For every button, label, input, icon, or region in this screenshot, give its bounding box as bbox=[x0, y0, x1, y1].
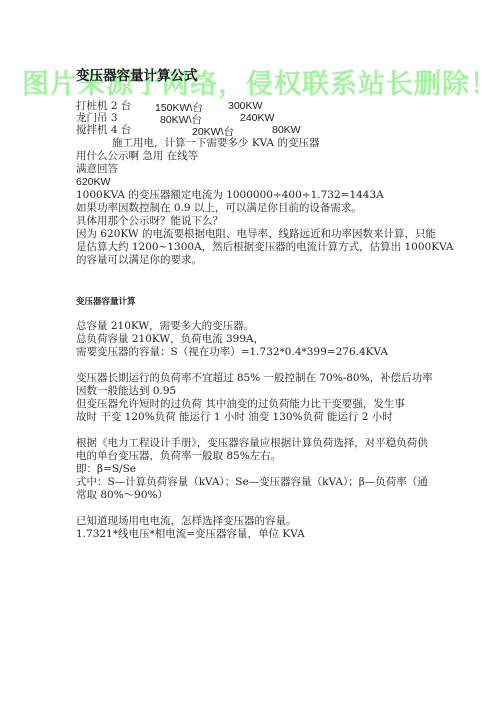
reply-line: 是估算大约 1200~1300A，然后根据变压器的电流计算方式，估算出 1000… bbox=[76, 241, 454, 253]
question-line: 施工用电，计算一下需要多少 KVA 的变压器 bbox=[112, 137, 319, 149]
equipment-name: 搅拌机 4 台 bbox=[76, 124, 131, 136]
paragraph-line: 总负荷容量 210KW，负荷电流 399A， bbox=[76, 333, 264, 345]
reply-line: 的容量可以满足你的要求。 bbox=[76, 254, 202, 266]
paragraph-line: 电的单台变压器，负荷率一般取 85%左右。 bbox=[76, 450, 281, 462]
section-title: 变压器容量计算 bbox=[76, 295, 136, 307]
answer-label: 满意回答 bbox=[76, 163, 118, 175]
question-line: 用什么公示啊 急用 在线等 bbox=[76, 150, 198, 162]
paragraph-line: 式中：S—计算负荷容量（kVA）；Se—变压器容量（kVA）；β—负荷率（通 bbox=[76, 476, 428, 488]
equipment-total: 240KW bbox=[240, 112, 274, 124]
answer-total: 620KW bbox=[76, 176, 110, 188]
equipment-name: 打桩机 2 台 bbox=[76, 100, 131, 112]
paragraph-line: 即：β=S/Se bbox=[76, 463, 136, 475]
paragraph-line: 因数一般能达到 0.95 bbox=[76, 385, 176, 397]
paragraph-line: 需要变压器的容量：S（视在功率）=1.732*0.4*399=276.4KVA bbox=[76, 346, 388, 358]
paragraph-line: 故时 干变 120%负荷 能运行 1 小时 油变 130%负荷 能运行 2 小时 bbox=[76, 411, 393, 423]
equipment-row: 搅拌机 4 台 bbox=[76, 124, 131, 136]
paragraph-line: 1.7321*线电压*相电流=变压器容量，单位 KVA bbox=[76, 528, 305, 540]
paragraph-line: 根据《电力工程设计手册》，变压器容量应根据计算负荷选择，对平稳负荷供 bbox=[76, 437, 428, 449]
equipment-total: 300KW bbox=[228, 100, 262, 112]
equipment-name: 龙门吊 3 bbox=[76, 112, 118, 124]
equipment-row: 打桩机 2 台 bbox=[76, 100, 131, 112]
paragraph-line: 常取 80%～90%） bbox=[76, 489, 168, 501]
reply-line: 因为 620KW 的电流要根据电阻、电导率、线路远近和功率因数来计算，只能 bbox=[76, 228, 436, 240]
followup-question: 具体用那个公示呀？能说下么？ bbox=[76, 215, 223, 227]
paragraph-line: 但变压器允许短时的过负荷 其中油变的过负荷能力比干变要强，发生事 bbox=[76, 398, 405, 410]
answer-line: 如果功率因数控制在 0.9 以上，可以满足你目前的设备需求。 bbox=[76, 202, 362, 214]
document-page: 图片来源于网络，侵权联系站长删除！ 变压器容量计算公式 打桩机 2 台 150K… bbox=[0, 0, 500, 708]
paragraph-line: 已知道现场用电电流，怎样选择变压器的容量。 bbox=[76, 515, 297, 527]
equipment-row: 龙门吊 3 bbox=[76, 112, 118, 124]
equipment-total: 80KW bbox=[272, 124, 301, 136]
document-title: 变压器容量计算公式 bbox=[76, 64, 198, 84]
answer-line: 1000KVA 的变压器额定电流为 1000000÷400÷1.732=1443… bbox=[76, 189, 384, 201]
paragraph-line: 变压器长期运行的负荷率不宜超过 85% 一般控制在 70%-80%，补偿后功率 bbox=[76, 372, 433, 384]
paragraph-line: 总容量 210KW，需要多大的变压器。 bbox=[76, 320, 254, 332]
